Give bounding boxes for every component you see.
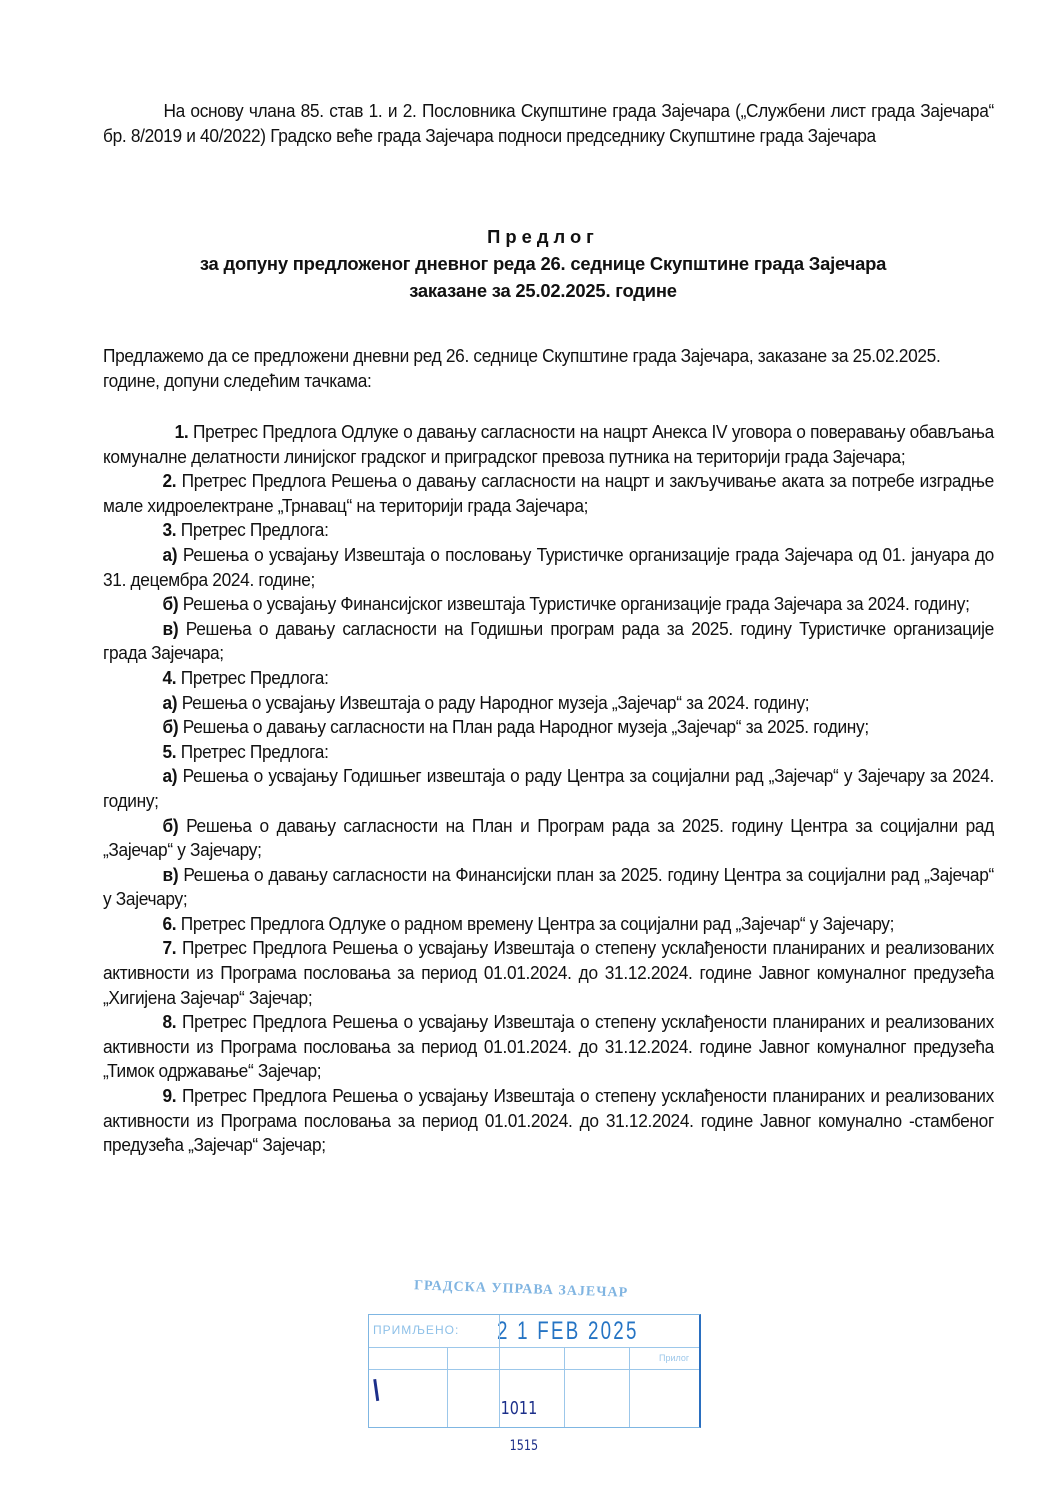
agenda-item-text: Решења о усвајању Извештаја о раду Народ…: [177, 692, 809, 713]
agenda-item: а) Решења о усвајању Годишњег извештаја …: [103, 764, 994, 813]
agenda-item-number: 4.: [163, 667, 177, 688]
title-line-3: заказане за 25.02.2025. године: [103, 277, 983, 304]
agenda-item: 4. Претрес Предлога:: [103, 666, 994, 691]
agenda-item: 8. Претрес Предлога Решења о усвајању Из…: [103, 1010, 994, 1084]
agenda-item-number: б): [163, 815, 179, 836]
agenda-item: б) Решења о давању сагласности на План и…: [103, 814, 994, 863]
agenda-item-text: Претрес Предлога Решења о усвајању Извеш…: [103, 937, 994, 1007]
agenda-item-number: а): [163, 692, 178, 713]
received-stamp: ГРАДСКА УПРАВА ЗАЈЕЧАР ПРИМЉЕНО: 2 1 FEB…: [366, 1278, 706, 1438]
stamp-received-label: ПРИМЉЕНО:: [373, 1323, 459, 1337]
agenda-item: 1. Претрес Предлога Одлуке о давању сагл…: [103, 420, 994, 469]
lead-paragraph: Предлажемо да се предложени дневни ред 2…: [103, 344, 994, 393]
agenda-items: 1. Претрес Предлога Одлуке о давању сагл…: [103, 420, 994, 1158]
handwritten-number-below: 1515: [510, 1438, 539, 1454]
stamp-divider: [629, 1347, 630, 1427]
agenda-item-text: Решења о давању сагласности на План и Пр…: [103, 815, 994, 861]
document-page: На основу члана 85. став 1. и 2. Пословн…: [0, 0, 1054, 1490]
agenda-item-number: б): [163, 593, 179, 614]
intro-paragraph: На основу члана 85. став 1. и 2. Пословн…: [103, 99, 994, 148]
agenda-item-number: а): [163, 544, 178, 565]
agenda-item: в) Решења о давању сагласности на Годишњ…: [103, 617, 994, 666]
agenda-item: а) Решења о усвајању Извештаја о раду На…: [103, 691, 994, 716]
agenda-item-text: Решења о усвајању Финансијског извештаја…: [178, 593, 969, 614]
stamp-date: 2 1 FEB 2025: [497, 1317, 639, 1346]
agenda-item-text: Претрес Предлога Решења о усвајању Извеш…: [103, 1085, 994, 1155]
stamp-organization: ГРАДСКА УПРАВА ЗАЈЕЧАР: [414, 1278, 629, 1301]
agenda-item-text: Решења о давању сагласности на Годишњи п…: [103, 618, 994, 664]
agenda-item-text: Претрес Предлога:: [176, 667, 328, 688]
title-line-1: Предлог: [103, 223, 983, 250]
agenda-item: 9. Претрес Предлога Решења о усвајању Из…: [103, 1084, 994, 1158]
agenda-item-text: Претрес Предлога Одлуке о давању сагласн…: [103, 421, 994, 467]
agenda-item-number: 3.: [163, 519, 177, 540]
agenda-item-text: Претрес Предлога:: [176, 741, 328, 762]
agenda-item: а) Решења о усвајању Извештаја о послова…: [103, 543, 994, 592]
stamp-divider: [564, 1347, 565, 1427]
agenda-item-number: а): [163, 765, 178, 786]
agenda-item-text: Решења о усвајању Годишњег извештаја о р…: [103, 765, 994, 811]
agenda-item-number: 6.: [163, 913, 177, 934]
title-line-2: за допуну предложеног дневног реда 26. с…: [103, 250, 983, 277]
agenda-item-number: в): [163, 618, 179, 639]
agenda-item-number: в): [163, 864, 179, 885]
agenda-item: б) Решења о усвајању Финансијског извешт…: [103, 592, 994, 617]
agenda-item: в) Решења о давању сагласности на Финанс…: [103, 863, 994, 912]
stamp-row-received: ПРИМЉЕНО: 2 1 FEB 2025: [369, 1315, 699, 1348]
agenda-item: б) Решења о давању сагласности на План р…: [103, 715, 994, 740]
agenda-item-text: Претрес Предлога Решења о давању сагласн…: [103, 470, 994, 516]
agenda-item-text: Претрес Предлога Решења о усвајању Извеш…: [103, 1011, 994, 1081]
agenda-item: 3. Претрес Предлога:: [103, 518, 994, 543]
document-title: Предлог за допуну предложеног дневног ре…: [103, 223, 983, 304]
agenda-item-number: б): [163, 716, 179, 737]
agenda-item: 5. Претрес Предлога:: [103, 740, 994, 765]
agenda-item-text: Претрес Предлога Одлуке о радном времену…: [176, 913, 894, 934]
agenda-item-number: 1.: [175, 421, 189, 442]
agenda-item-text: Решења о усвајању Извештаја о пословању …: [103, 544, 994, 590]
agenda-item-text: Решења о давању сагласности на Финансијс…: [103, 864, 994, 910]
agenda-item-number: 2.: [163, 470, 177, 491]
agenda-item-number: 8.: [163, 1011, 177, 1032]
lead-text: Предлажемо да се предложени дневни ред 2…: [103, 345, 940, 391]
stamp-row-header: Прилог: [369, 1347, 699, 1370]
agenda-item-text: Решења о давању сагласности на План рада…: [178, 716, 869, 737]
agenda-item-number: 7.: [163, 937, 177, 958]
intro-text: На основу члана 85. став 1. и 2. Пословн…: [103, 100, 994, 146]
agenda-item-number: 9.: [163, 1085, 177, 1106]
agenda-item: 7. Претрес Предлога Решења о усвајању Из…: [103, 936, 994, 1010]
agenda-item: 6. Претрес Предлога Одлуке о радном врем…: [103, 912, 994, 937]
agenda-item: 2. Претрес Предлога Решења о давању сагл…: [103, 469, 994, 518]
agenda-item-text: Претрес Предлога:: [176, 519, 328, 540]
handwritten-number: 1011: [501, 1398, 538, 1419]
stamp-column-label: Прилог: [659, 1353, 689, 1363]
agenda-item-number: 5.: [163, 741, 177, 762]
stamp-divider: [447, 1347, 448, 1427]
